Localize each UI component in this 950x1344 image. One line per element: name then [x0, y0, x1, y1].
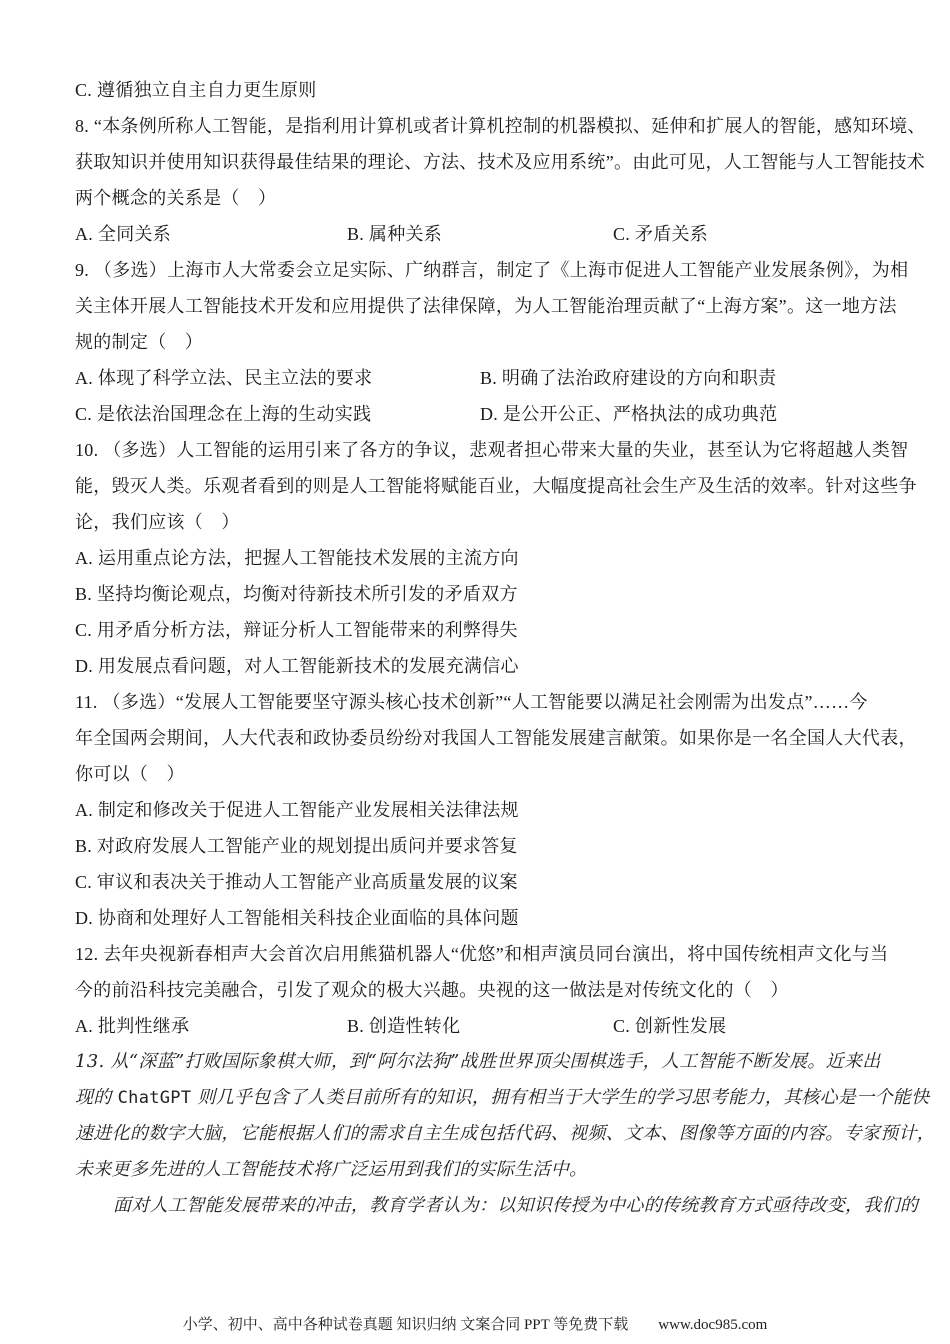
answer-option: B. 创造性转化 — [347, 1008, 613, 1044]
answer-option: C. 矛盾关系 — [613, 216, 708, 252]
answer-option: B. 明确了法治政府建设的方向和职责 — [480, 360, 776, 396]
document-lines: C. 遵循独立自主自力更生原则8. “本条例所称人工智能，是指利用计算机或者计算… — [75, 72, 899, 1224]
text-line: 年全国两会期间，人大代表和政协委员纷纷对我国人工智能发展建言献策。如果你是一名全… — [75, 720, 899, 756]
text-line: 12. 去年央视新春相声大会首次启用熊猫机器人“优悠”和相声演员同台演出，将中国… — [75, 936, 899, 972]
text-line: 现的 ChatGPT 则几乎包含了人类目前所有的知识，拥有相当于大学生的学习思考… — [75, 1080, 899, 1116]
text-line: 关主体开展人工智能技术开发和应用提供了法律保障，为人工智能治理贡献了“上海方案”… — [75, 288, 899, 324]
text-line: A. 制定和修改关于促进人工智能产业发展相关法律法规 — [75, 792, 899, 828]
text-line: 13. 从“深蓝”打败国际象棋大师，到“阿尔法狗”战胜世界顶尖围棋选手，人工智能… — [75, 1044, 899, 1080]
text-line: D. 协商和处理好人工智能相关科技企业面临的具体问题 — [75, 900, 899, 936]
text-line: 11. （多选）“发展人工智能要坚守源头核心技术创新”“人工智能要以满足社会刚需… — [75, 684, 899, 720]
text-line: C. 是依法治国理念在上海的生动实践D. 是公开公正、严格执法的成功典范 — [75, 396, 899, 432]
answer-option: A. 体现了科学立法、民主立法的要求 — [75, 360, 480, 396]
answer-option: C. 创新性发展 — [613, 1008, 726, 1044]
text-line: 能，毁灭人类。乐观者看到的则是人工智能将赋能百业，大幅度提高社会生产及生活的效率… — [75, 468, 899, 504]
text-line: 未来更多先进的人工智能技术将广泛运用到我们的实际生活中。 — [75, 1152, 899, 1188]
text-line: C. 遵循独立自主自力更生原则 — [75, 72, 899, 108]
answer-option: A. 批判性继承 — [75, 1008, 347, 1044]
text-line: 获取知识并使用知识获得最佳结果的理论、方法、技术及应用系统”。由此可见，人工智能… — [75, 144, 899, 180]
text-line: 10. （多选）人工智能的运用引来了各方的争议，悲观者担心带来大量的失业，甚至认… — [75, 432, 899, 468]
latin-term: ChatGPT — [118, 1088, 192, 1108]
text-line: A. 体现了科学立法、民主立法的要求B. 明确了法治政府建设的方向和职责 — [75, 360, 899, 396]
text-line: 今的前沿科技完美融合，引发了观众的极大兴趣。央视的这一做法是对传统文化的（ ） — [75, 972, 899, 1008]
text-line: 面对人工智能发展带来的冲击，教育学者认为：以知识传授为中心的传统教育方式亟待改变… — [75, 1188, 899, 1224]
text-line: B. 对政府发展人工智能产业的规划提出质问并要求答复 — [75, 828, 899, 864]
text-line: 8. “本条例所称人工智能，是指利用计算机或者计算机控制的机器模拟、延伸和扩展人… — [75, 108, 899, 144]
text-line: 9. （多选）上海市人大常委会立足实际、广纳群言，制定了《上海市促进人工智能产业… — [75, 252, 899, 288]
text-line: A. 批判性继承B. 创造性转化C. 创新性发展 — [75, 1008, 899, 1044]
text-run: 则几乎包含了人类目前所有的知识，拥有相当于大学生的学习思考能力，其核心是一个能快 — [191, 1087, 929, 1108]
text-line: C. 审议和表决关于推动人工智能产业高质量发展的议案 — [75, 864, 899, 900]
text-run: 现的 — [75, 1087, 118, 1108]
text-line: 你可以（ ） — [75, 756, 899, 792]
text-line: A. 运用重点论方法，把握人工智能技术发展的主流方向 — [75, 540, 899, 576]
text-line: B. 坚持均衡论观点，均衡对待新技术所引发的矛盾双方 — [75, 576, 899, 612]
text-line: 两个概念的关系是（ ） — [75, 180, 899, 216]
exam-paper-page: { "page": { "background": "#ffffff", "te… — [0, 0, 950, 1344]
footer-download-info: 小学、初中、高中各种试卷真题 知识归纳 文案合同 PPT 等免费下载 — [183, 1317, 629, 1333]
footer-site-url: www.doc985.com — [658, 1317, 767, 1333]
text-line: C. 用矛盾分析方法，辩证分析人工智能带来的利弊得失 — [75, 612, 899, 648]
text-line: 规的制定（ ） — [75, 324, 899, 360]
answer-option: B. 属种关系 — [347, 216, 613, 252]
answer-option: D. 是公开公正、严格执法的成功典范 — [480, 396, 777, 432]
page-footer: 小学、初中、高中各种试卷真题 知识归纳 文案合同 PPT 等免费下载www.do… — [0, 1315, 950, 1335]
text-line: 速进化的数字大脑，它能根据人们的需求自主生成包括代码、视频、文本、图像等方面的内… — [75, 1116, 899, 1152]
text-line: A. 全同关系B. 属种关系C. 矛盾关系 — [75, 216, 899, 252]
text-line: D. 用发展点看问题，对人工智能新技术的发展充满信心 — [75, 648, 899, 684]
text-line: 论，我们应该（ ） — [75, 504, 899, 540]
answer-option: C. 是依法治国理念在上海的生动实践 — [75, 396, 480, 432]
answer-option: A. 全同关系 — [75, 216, 347, 252]
